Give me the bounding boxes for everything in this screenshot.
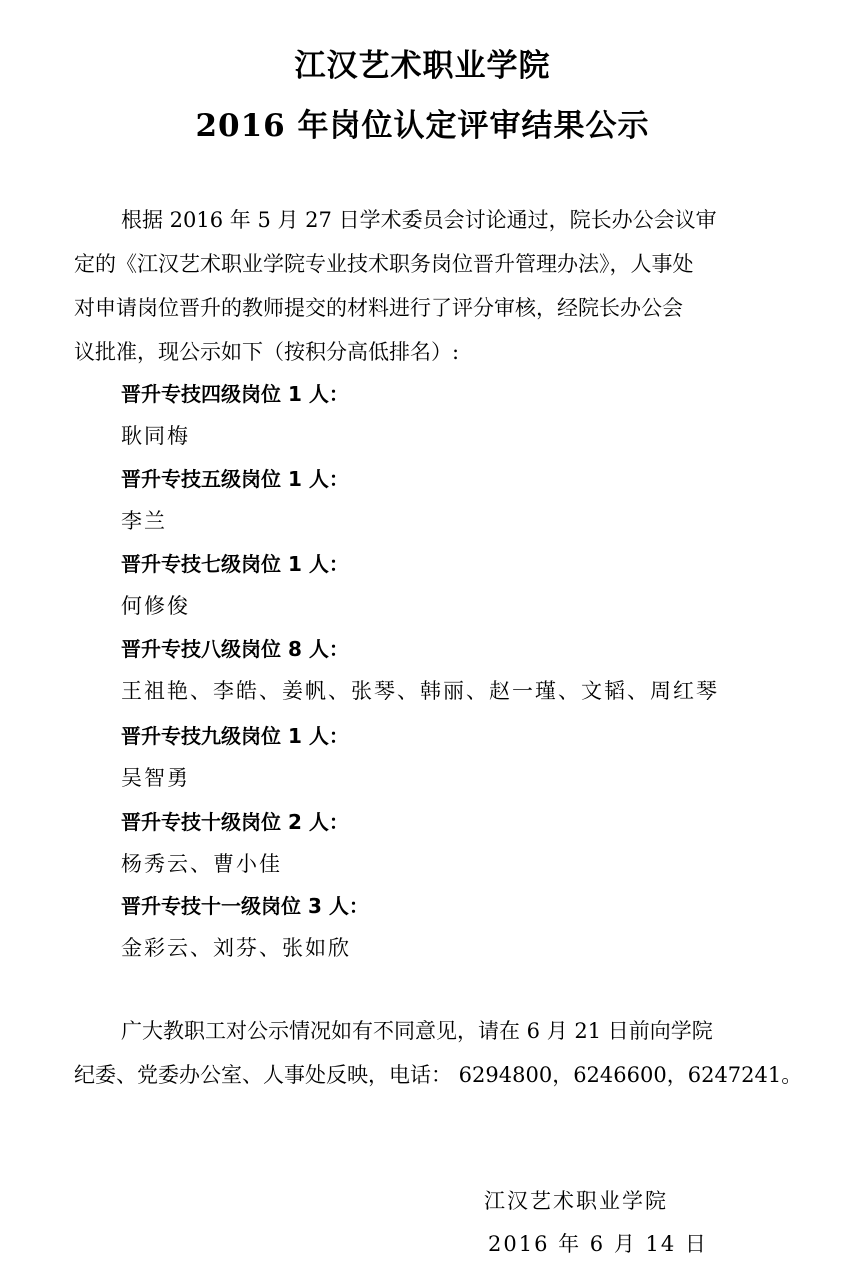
intro-line-3: 对申请岗位晋升的教师提交的材料进行了评分审核，经院长办公会	[74, 292, 683, 322]
intro-line-1: 根据 2016 年 5 月 27 日学术委员会讨论通过，院长办公会议审	[121, 204, 717, 234]
signature-org: 江汉艺术职业学院	[484, 1185, 668, 1215]
intro-line-2: 定的《江汉艺术职业学院专业技术职务岗位晋升管理办法》，人事处	[74, 248, 694, 278]
section-heading-level-9: 晋升专技九级岗位 1 人：	[121, 720, 349, 749]
section-names-level-5: 李兰	[121, 505, 167, 535]
section-names-level-11: 金彩云、刘芬、张如欣	[121, 932, 351, 962]
section-names-level-7: 何修俊	[121, 590, 190, 620]
section-names-level-9: 吴智勇	[121, 762, 190, 792]
page-subtitle: 2016 年岗位认定评审结果公示	[0, 100, 845, 145]
page-title: 江汉艺术职业学院	[0, 40, 845, 85]
section-names-level-10: 杨秀云、曹小佳	[121, 848, 282, 878]
section-heading-level-5: 晋升专技五级岗位 1 人：	[121, 463, 349, 492]
closing-line-1: 广大教职工对公示情况如有不同意见，请在 6 月 21 日前向学院	[121, 1015, 713, 1045]
closing-line-2: 纪委、党委办公室、人事处反映，电话： 6294800，6246600，62472…	[74, 1059, 802, 1089]
signature-date: 2016 年 6 月 14 日	[488, 1228, 708, 1258]
intro-line-4: 议批准，现公示如下（按积分高低排名）:	[74, 336, 459, 366]
section-names-level-8: 王祖艳、李皓、姜帆、张琴、韩丽、赵一瑾、文韬、周红琴	[121, 675, 719, 705]
section-heading-level-10: 晋升专技十级岗位 2 人：	[121, 806, 349, 835]
section-heading-level-4: 晋升专技四级岗位 1 人：	[121, 378, 349, 407]
section-heading-level-7: 晋升专技七级岗位 1 人：	[121, 548, 349, 577]
section-heading-level-8: 晋升专技八级岗位 8 人：	[121, 633, 349, 662]
section-names-level-4: 耿同梅	[121, 420, 190, 450]
section-heading-level-11: 晋升专技十一级岗位 3 人：	[121, 890, 369, 919]
